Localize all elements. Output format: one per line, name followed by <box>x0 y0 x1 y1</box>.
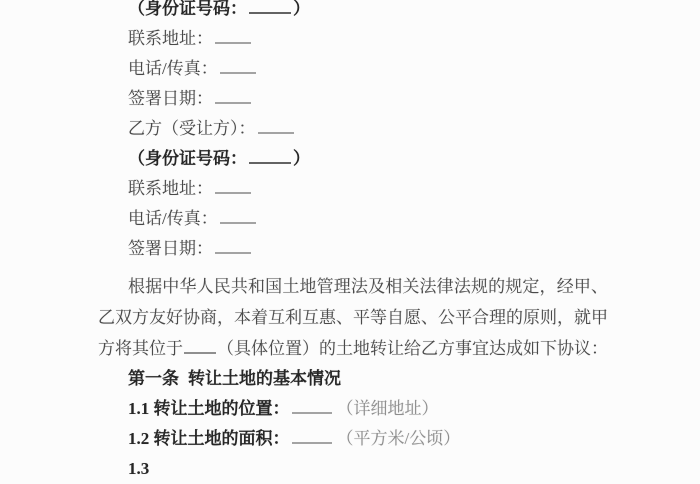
form-field-line: 电话/传真： <box>98 204 608 234</box>
fill-in-blank <box>249 151 291 164</box>
intro-paragraph: 根据中华人民共和国土地管理法及相关法律法规的规定，经甲、乙双方友好协商，本着互利… <box>98 271 608 364</box>
clause-label: 转让土地的位置： <box>154 399 290 418</box>
section-heading: 第一条转让土地的基本情况 <box>98 364 608 394</box>
form-field-line: 联系地址： <box>98 24 608 54</box>
hint-text: （平方米/公顷） <box>337 429 461 448</box>
fill-in-blank <box>258 121 294 134</box>
field-label-suffix: ） <box>293 149 310 168</box>
field-label-suffix: ） <box>293 0 310 18</box>
fill-in-blank <box>292 431 332 444</box>
clause-number: 1.1 <box>128 399 149 418</box>
fill-in-blank <box>220 61 256 74</box>
form-field-line: （身份证号码：） <box>98 0 608 24</box>
clause-line: 1.2 转让土地的面积：（平方米/公顷） <box>98 424 608 454</box>
form-field-line: 签署日期： <box>98 234 608 264</box>
clause-line: 1.3 <box>98 454 608 470</box>
clause-number: 1.2 <box>128 429 149 448</box>
form-field-line: 签署日期： <box>98 84 608 114</box>
section-number: 第一条 <box>128 369 179 388</box>
fill-in-blank <box>215 31 251 44</box>
fill-in-blank <box>215 181 251 194</box>
fill-in-blank <box>215 241 251 254</box>
field-label: 电话/传真： <box>128 59 218 78</box>
document-page: （身份证号码：） 联系地址： 电话/传真： 签署日期： 乙方（受让方）： （身份… <box>98 0 608 470</box>
form-field-line: 乙方（受让方）： <box>98 114 608 144</box>
field-label: 联系地址： <box>128 179 213 198</box>
clause-number: 1.3 <box>128 459 149 470</box>
clause-line: 1.1 转让土地的位置：（详细地址） <box>98 394 608 424</box>
fill-in-blank <box>220 211 256 224</box>
field-label: （身份证号码： <box>128 0 247 18</box>
form-field-line: 联系地址： <box>98 174 608 204</box>
field-label: 签署日期： <box>128 89 213 108</box>
field-label: 签署日期： <box>128 239 213 258</box>
clause-label: 转让土地的面积： <box>154 429 290 448</box>
fill-in-blank <box>292 401 332 414</box>
field-label: 联系地址： <box>128 29 213 48</box>
field-label: 电话/传真： <box>128 209 218 228</box>
fill-in-blank <box>249 1 291 14</box>
hint-text: （详细地址） <box>337 399 439 418</box>
paragraph-text: （具体位置）的土地转让给乙方事宜达成如下协议： <box>217 339 608 358</box>
form-field-line: （身份证号码：） <box>98 144 608 174</box>
form-field-line: 电话/传真： <box>98 54 608 84</box>
field-label: 乙方（受让方）： <box>128 119 256 138</box>
field-label: （身份证号码： <box>128 149 247 168</box>
fill-in-blank <box>184 341 216 354</box>
fill-in-blank <box>215 91 251 104</box>
section-title: 转让土地的基本情况 <box>188 369 341 388</box>
